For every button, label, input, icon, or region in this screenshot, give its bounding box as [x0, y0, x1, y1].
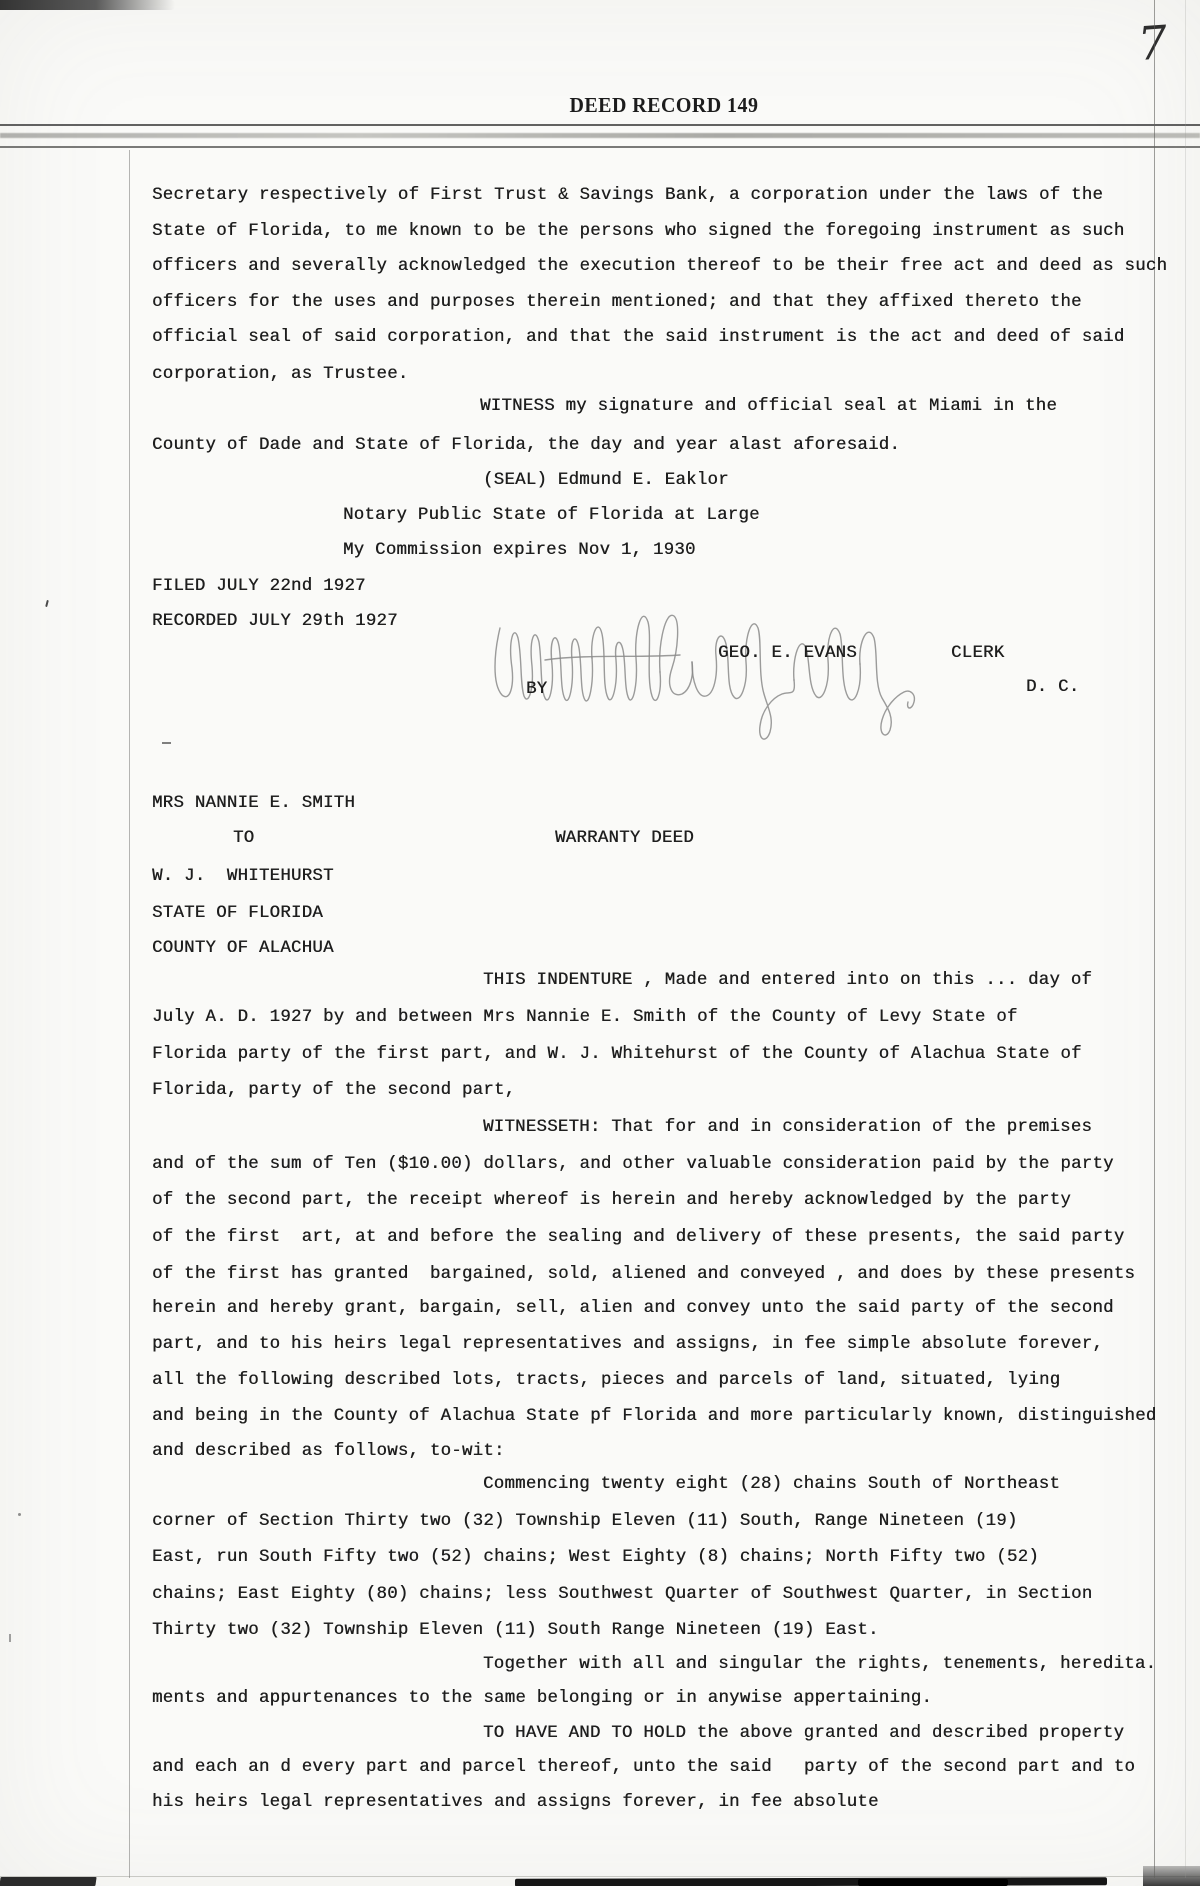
text-line: and of the sum of Ten ($10.00) dollars, …: [152, 1155, 1114, 1174]
deed-record-page: 7 DEED RECORD 149 Secretary respectively…: [0, 0, 1200, 1886]
left-margin-rule: [129, 150, 130, 1878]
text-line: and described as follows, to-wit:: [152, 1442, 505, 1461]
text-line: officers and severally acknowledged the …: [152, 257, 1167, 276]
text-line: corner of Section Thirty two (32) Townsh…: [152, 1512, 1018, 1531]
text-line: East, run South Fifty two (52) chains; W…: [152, 1548, 1039, 1567]
text-line: THIS INDENTURE , Made and entered into o…: [483, 971, 1092, 990]
text-line: July A. D. 1927 by and between Mrs Nanni…: [152, 1008, 1018, 1027]
scan-artifact-bottom-bar: [515, 1877, 1107, 1886]
text-line: corporation, as Trustee.: [152, 365, 408, 384]
scan-speck: [18, 1513, 21, 1516]
text-line: part, and to his heirs legal representat…: [152, 1335, 1103, 1354]
scan-artifact-bottom-right: [1143, 1866, 1200, 1886]
header-rule-top: [0, 124, 1200, 126]
scan-artifact-top-streak: [0, 0, 175, 10]
page-number: 7: [1136, 15, 1169, 71]
clerk-signature-handwriting: [490, 598, 935, 743]
text-line: (SEAL) Edmund E. Eaklor: [483, 471, 729, 490]
text-line: his heirs legal representatives and assi…: [152, 1793, 879, 1812]
text-line: of the second part, the receipt whereof …: [152, 1191, 1071, 1210]
text-line: of the first art, at and before the seal…: [152, 1228, 1124, 1247]
text-line: W. J. WHITEHURST: [152, 867, 334, 886]
right-margin-rule: [1154, 0, 1155, 1878]
text-line: and being in the County of Alachua State…: [152, 1407, 1157, 1426]
text-line: Florida party of the first part, and W. …: [152, 1045, 1082, 1064]
text-line: CLERK: [951, 644, 1004, 663]
text-line: BY: [526, 680, 547, 699]
text-line: Thirty two (32) Township Eleven (11) Sou…: [152, 1621, 879, 1640]
page-header: DEED RECORD 149: [570, 93, 741, 118]
scan-artifact-bottom-left: [0, 1877, 97, 1886]
text-line: STATE OF FLORIDA: [152, 904, 323, 923]
text-line: WARRANTY DEED: [555, 829, 694, 848]
text-line: MRS NANNIE E. SMITH: [152, 794, 355, 813]
text-line: Commencing twenty eight (28) chains Sout…: [483, 1475, 1060, 1494]
text-line: chains; East Eighty (80) chains; less So…: [152, 1585, 1092, 1604]
text-line: Florida, party of the second part,: [152, 1081, 515, 1100]
text-line: WITNESSETH: That for and in consideratio…: [483, 1118, 1092, 1137]
text-line: Secretary respectively of First Trust & …: [152, 186, 1103, 205]
text-line: official seal of said corporation, and t…: [152, 328, 1124, 347]
header-rule-middle: [0, 133, 1200, 138]
scan-speck: [9, 1634, 11, 1642]
text-line: D. C.: [1026, 678, 1079, 697]
text-line: Notary Public State of Florida at Large: [343, 506, 760, 525]
right-edge-rule: [1185, 0, 1186, 1878]
text-line: herein and hereby grant, bargain, sell, …: [152, 1299, 1114, 1318]
text-line: all the following described lots, tracts…: [152, 1371, 1060, 1390]
scan-speck: [45, 600, 49, 607]
text-line: RECORDED JULY 29th 1927: [152, 612, 398, 631]
text-line: of the first has granted bargained, sold…: [152, 1265, 1135, 1284]
text-line: State of Florida, to me known to be the …: [152, 222, 1124, 241]
text-line: TO HAVE AND TO HOLD the above granted an…: [483, 1724, 1124, 1743]
text-line: ments and appurtenances to the same belo…: [152, 1689, 932, 1708]
header-rule-bottom: [0, 146, 1200, 148]
text-line: COUNTY OF ALACHUA: [152, 939, 334, 958]
text-line: GEO. E. EVANS: [718, 644, 857, 663]
text-line: TO: [233, 829, 254, 848]
scan-speck: [162, 742, 171, 744]
text-line: Together with all and singular the right…: [483, 1655, 1156, 1674]
scan-artifact-bottom-bar-dark: [858, 1879, 1008, 1886]
text-line: FILED JULY 22nd 1927: [152, 577, 366, 596]
text-line: County of Dade and State of Florida, the…: [152, 436, 900, 455]
text-line: officers for the uses and purposes there…: [152, 293, 1082, 312]
text-line: and each an d every part and parcel ther…: [152, 1758, 1135, 1777]
text-line: WITNESS my signature and official seal a…: [480, 397, 1057, 416]
text-line: My Commission expires Nov 1, 1930: [343, 541, 696, 560]
